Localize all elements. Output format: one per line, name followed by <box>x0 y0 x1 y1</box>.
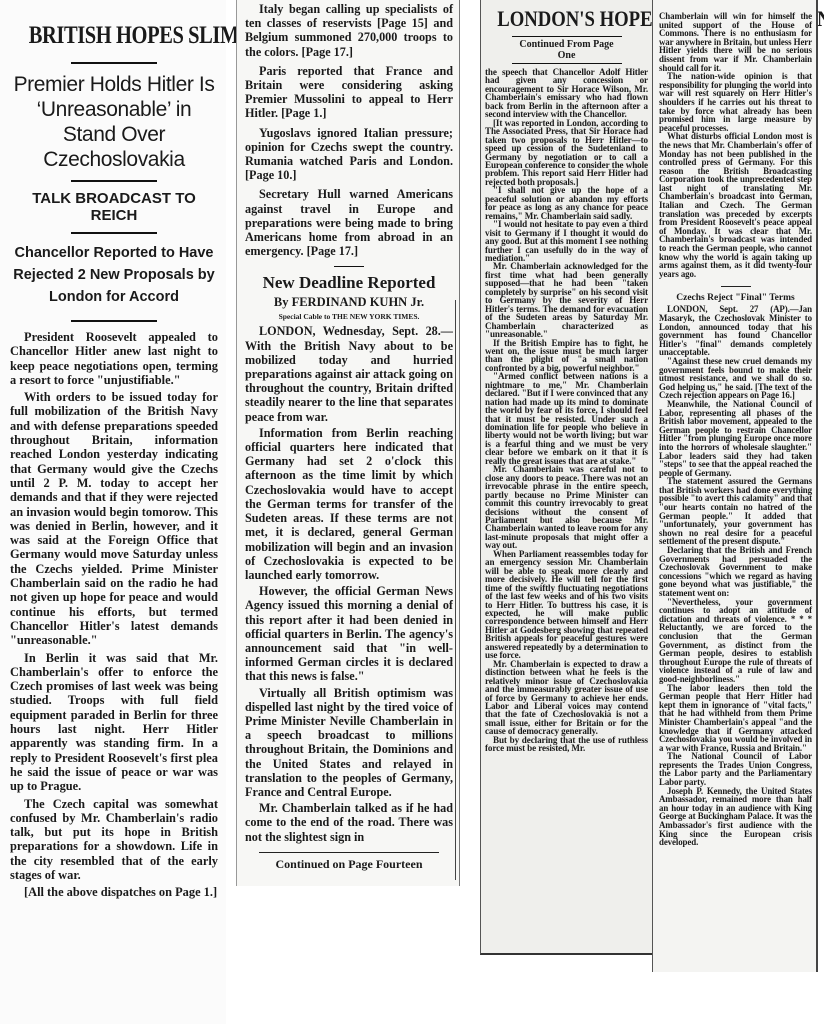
summary-paragraph: Yugoslavs ignored Italian pressure; opin… <box>245 126 453 183</box>
article-paragraph: The nation-wide opinion is that responsi… <box>659 72 812 132</box>
article-paragraph: LONDON, Wednesday, Sept. 28.—With the Br… <box>245 324 453 423</box>
column-2: Italy began calling up specialists of te… <box>236 0 460 886</box>
divider-rule <box>71 320 157 322</box>
article-paragraph: LONDON, Sept. 27 (AP).—Jan Masaryk, the … <box>659 305 812 357</box>
column-1: BRITISH HOPES SLIM Premier Holds Hitler … <box>0 0 226 1024</box>
byline: By FERDINAND KUHN Jr. <box>245 295 453 310</box>
summary-paragraph: President Roosevelt appealed to Chancell… <box>10 330 218 387</box>
divider-rule <box>71 232 157 234</box>
article-paragraph: The statement assured the Germans that B… <box>659 477 812 546</box>
divider-rule <box>71 180 157 182</box>
continued-on-link[interactable]: Continued on Page Fourteen <box>259 852 439 872</box>
article-paragraph: Mr. Chamberlain acknowledged for the fir… <box>485 262 648 338</box>
article-subhead: Czechs Reject "Final" Terms <box>659 293 812 303</box>
jump-headline: LONDON'S HOPES ARE ON THE WANE <box>497 6 636 32</box>
headline-deck-1: Premier Holds Hitler Is ‘Unreasonable’ i… <box>10 72 218 172</box>
headline-deck-3: Chancellor Reported to Have Rejected 2 N… <box>10 242 218 308</box>
summary-paragraph: Secretary Hull warned Americans against … <box>245 187 453 258</box>
article-paragraph: But by declaring that the use of ruthles… <box>485 736 648 753</box>
article-paragraph: Meanwhile, the National Council of Labor… <box>659 400 812 477</box>
summary-paragraph: In Berlin it was said that Mr. Chamberla… <box>10 651 218 794</box>
article-paragraph: If the British Empire has to fight, he w… <box>485 339 648 373</box>
article-paragraph: Mr. Chamberlain talked as if he had come… <box>245 801 453 844</box>
fold-line <box>455 300 456 880</box>
article-paragraph: However, the official German News Agency… <box>245 584 453 683</box>
article-paragraph: Information from Berlin reaching officia… <box>245 426 453 582</box>
article-paragraph: Joseph P. Kennedy, the United States Amb… <box>659 787 812 847</box>
article-paragraph: The National Council of Labor represents… <box>659 752 812 786</box>
article-paragraph: "I shall not give up the hope of a peace… <box>485 186 648 220</box>
divider-rule <box>721 286 751 287</box>
article-paragraph: "Armed conflict between nations is a nig… <box>485 372 648 465</box>
column-3: LONDON'S HOPES ARE ON THE WANE Continued… <box>480 0 652 955</box>
article-paragraph: Mr. Chamberlain is expected to draw a di… <box>485 660 648 736</box>
article-subhead: New Deadline Reported <box>245 273 453 293</box>
article-paragraph: The labor leaders then told the German p… <box>659 684 812 753</box>
divider-rule <box>71 62 157 64</box>
article-paragraph: "I would not hesitate to pay even a thir… <box>485 220 648 262</box>
divider-rule <box>334 266 364 267</box>
article-paragraph: Declaring that the British and French Go… <box>659 546 812 598</box>
summary-paragraph: Italy began calling up specialists of te… <box>245 2 453 59</box>
summary-paragraph: Paris reported that France and Britain w… <box>245 64 453 121</box>
continued-from-label: Continued From Page One <box>512 36 622 64</box>
article-paragraph: What disturbs official London most is th… <box>659 132 812 278</box>
column-4: Chamberlain will win for himself the uni… <box>652 0 818 972</box>
headline-deck-2: TALK BROADCAST TO REICH <box>10 190 218 224</box>
article-paragraph: "Against these new cruel demands my gove… <box>659 357 812 400</box>
article-paragraph: "Nevertheless, your government continues… <box>659 598 812 684</box>
article-paragraph: [It was reported in London, according to… <box>485 119 648 187</box>
article-paragraph: Virtually all British optimism was dispe… <box>245 686 453 800</box>
summary-paragraph: [All the above dispatches on Page 1.] <box>10 885 218 899</box>
article-paragraph: When Parliament reassembles today for an… <box>485 550 648 660</box>
summary-paragraph: The Czech capital was somewhat confused … <box>10 797 218 883</box>
article-paragraph: Mr. Chamberlain was careful not to close… <box>485 465 648 550</box>
main-headline: BRITISH HOPES SLIM <box>29 22 200 50</box>
dateline-source: Special Cable to THE NEW YORK TIMES. <box>245 312 453 321</box>
summary-paragraph: With orders to be issued today for full … <box>10 390 218 647</box>
article-paragraph: the speech that Chancellor Adolf Hitler … <box>485 68 648 119</box>
article-paragraph: Chamberlain will win for himself the uni… <box>659 12 812 72</box>
